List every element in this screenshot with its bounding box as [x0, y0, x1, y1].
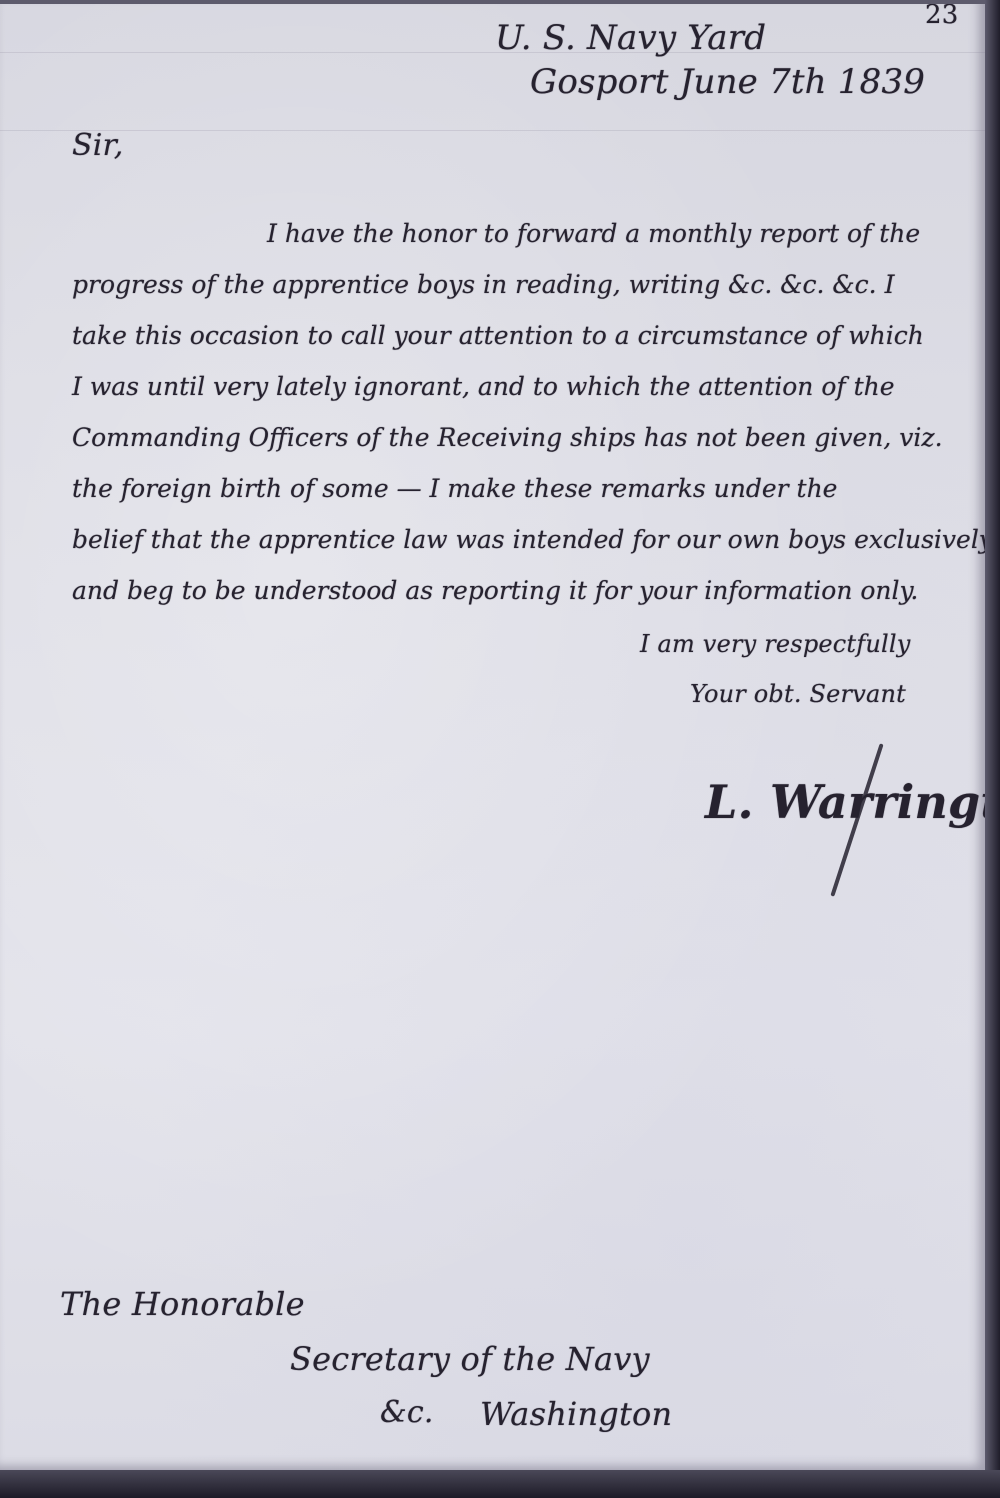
- body-line: I have the honor to forward a monthly re…: [72, 208, 952, 259]
- letter-body: I have the honor to forward a monthly re…: [72, 208, 952, 616]
- closing-line: Your obt. Servant: [690, 680, 906, 708]
- addressee-line: The Honorable: [60, 1285, 305, 1323]
- page-number: 23: [925, 0, 958, 30]
- scan-border-top: [0, 0, 1000, 4]
- body-line: I was until very lately ignorant, and to…: [72, 361, 952, 412]
- body-line: Commanding Officers of the Receiving shi…: [72, 412, 952, 463]
- paper-rule-line: [0, 130, 985, 131]
- letter-heading-date: Gosport June 7th 1839: [530, 62, 925, 102]
- letter-heading-location: U. S. Navy Yard: [495, 18, 766, 58]
- body-line: the foreign birth of some — I make these…: [72, 463, 952, 514]
- body-line: belief that the apprentice law was inten…: [72, 514, 952, 565]
- letter-page: U. S. Navy Yard Gosport June 7th 1839 23…: [0, 0, 985, 1470]
- addressee-line: &c.: [380, 1395, 434, 1430]
- scan-border-bottom: [0, 1470, 1000, 1498]
- body-line: take this occasion to call your attentio…: [72, 310, 952, 361]
- closing-line: I am very respectfully: [640, 630, 911, 658]
- body-line: progress of the apprentice boys in readi…: [72, 259, 952, 310]
- salutation: Sir,: [72, 128, 124, 163]
- scan-border-right: [985, 0, 1000, 1498]
- body-line: and beg to be understood as reporting it…: [72, 565, 952, 616]
- addressee-line: Washington: [480, 1395, 672, 1433]
- addressee-line: Secretary of the Navy: [290, 1340, 650, 1378]
- signature: L. Warrington: [705, 775, 985, 829]
- paper-rule-line: [0, 52, 985, 53]
